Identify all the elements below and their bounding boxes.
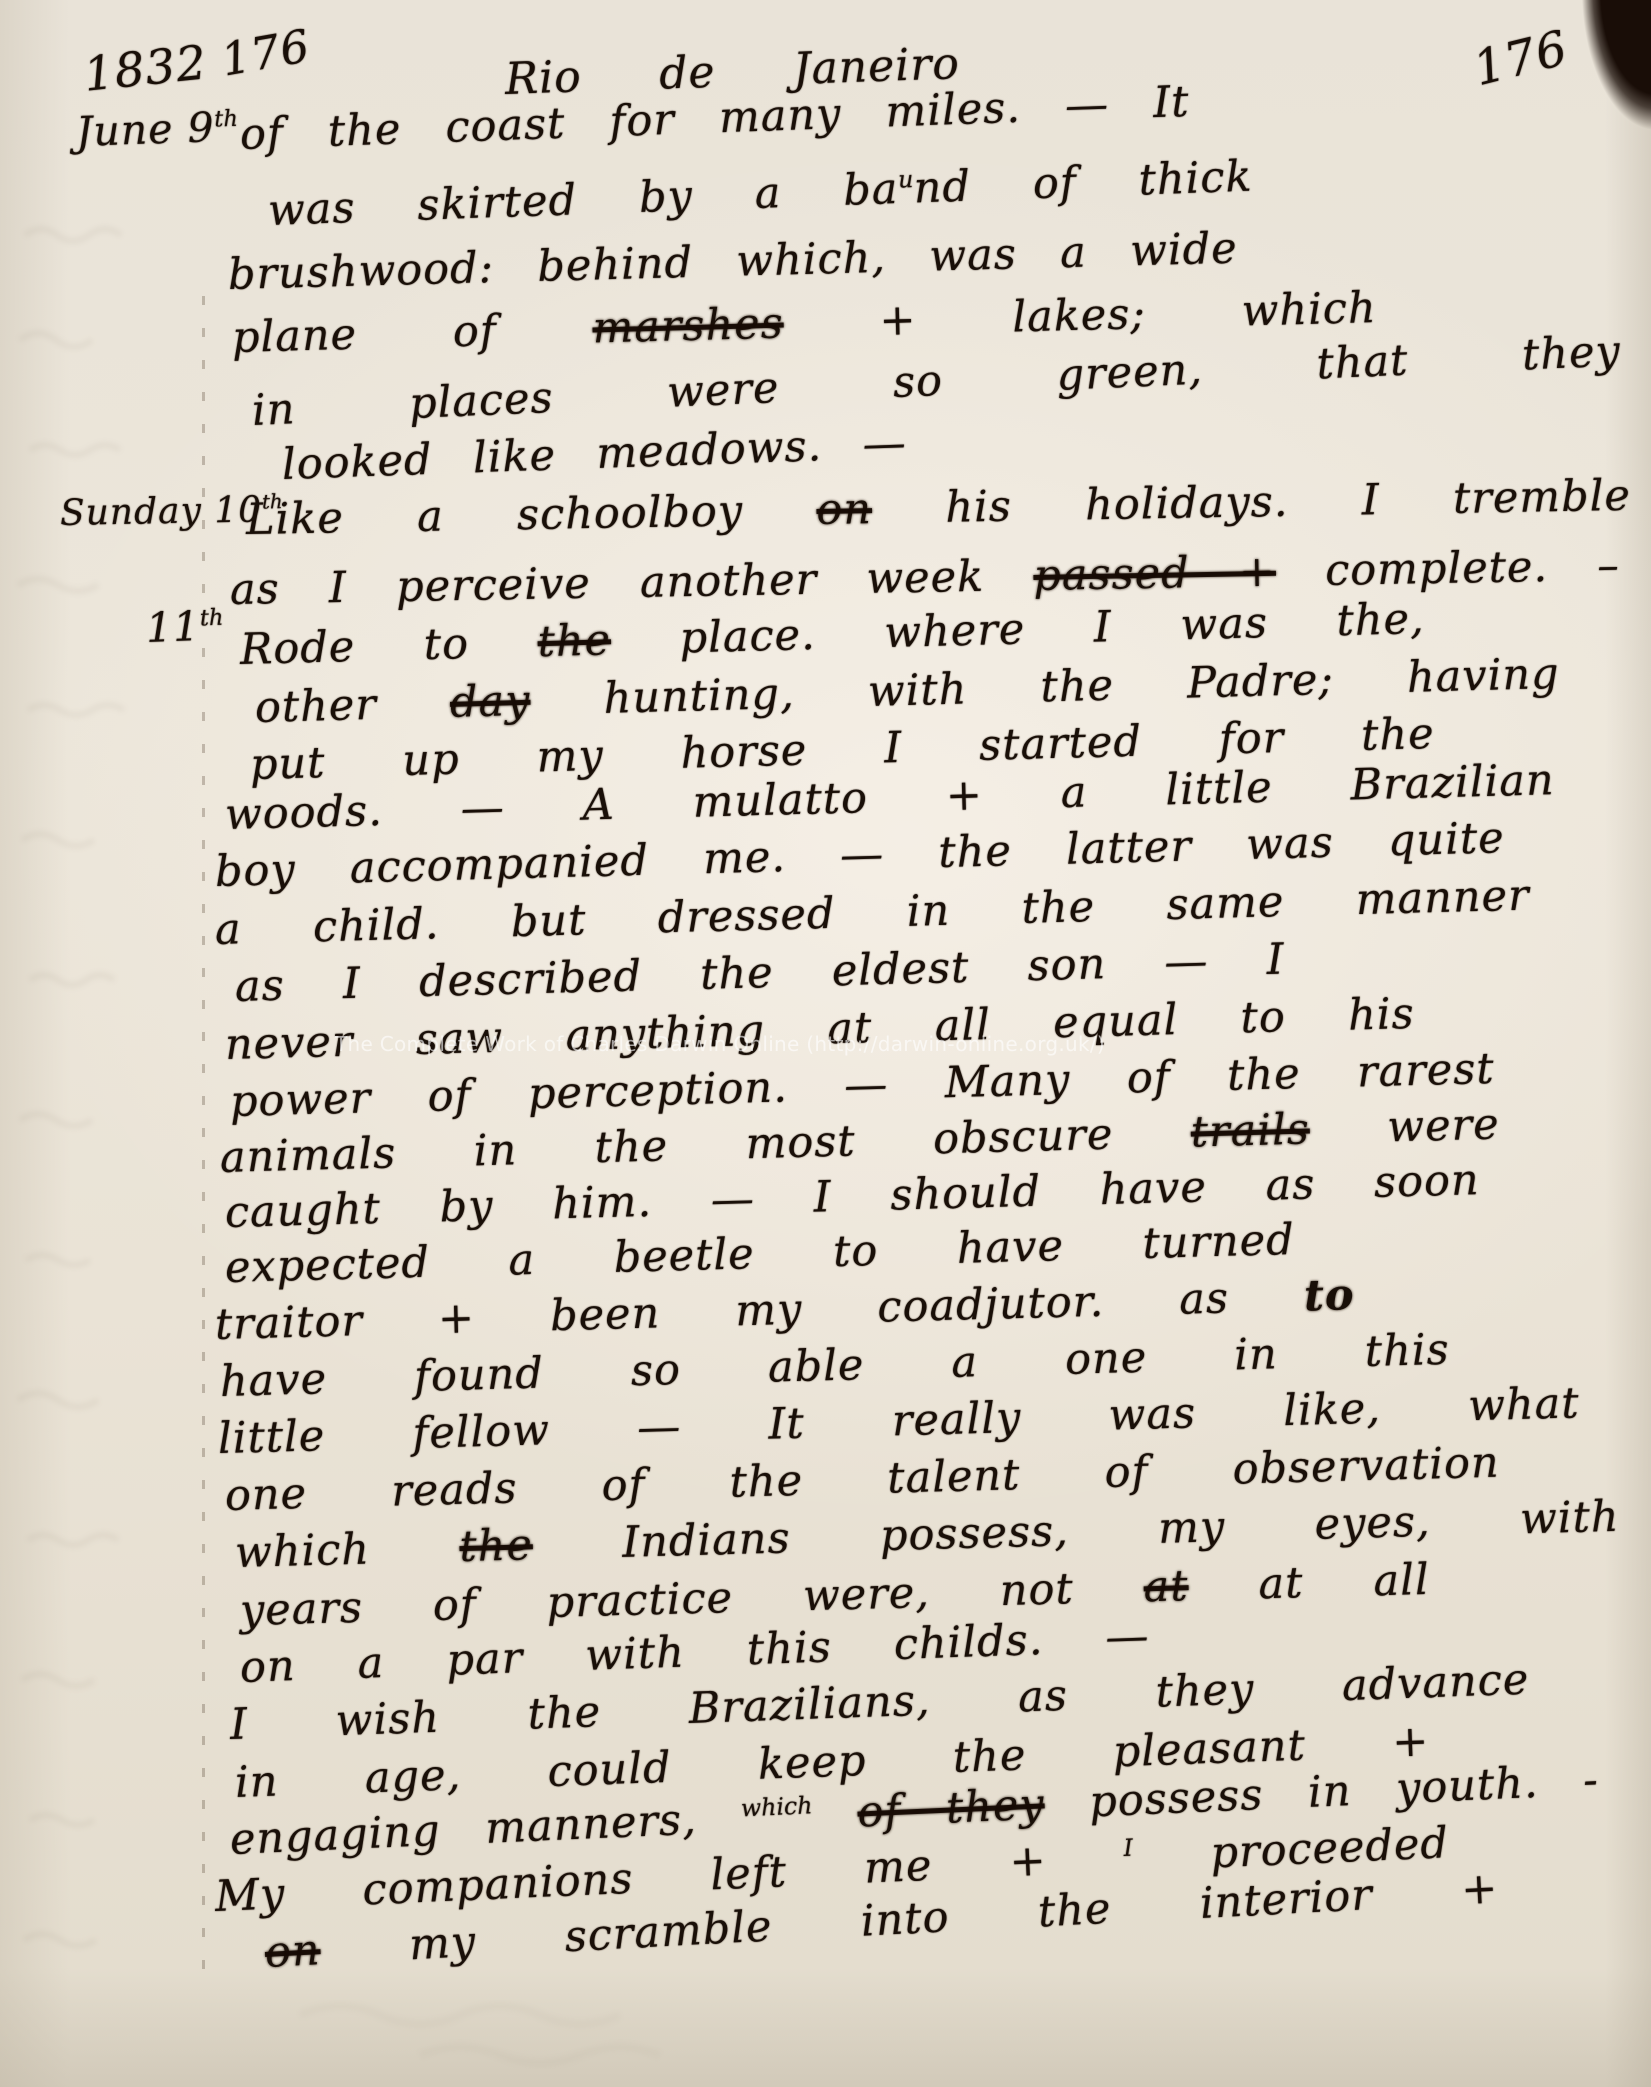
manuscript-line: was skirted by a baund of thick	[267, 154, 1253, 236]
margin-note-year: 1832	[81, 37, 209, 101]
watermark: The Complete Work of Charles Darwin Onli…	[335, 1032, 1105, 1056]
margin-note-date-june-9: June 9th	[75, 104, 239, 155]
margin-note-margin-page-number: 176	[218, 21, 314, 85]
margin-rule	[202, 296, 205, 1988]
manuscript-page: Rio de Janeiro 176 1832176June 9thSunday…	[0, 0, 1651, 2087]
manuscript-line: brushwood: behind which, was a wide	[227, 226, 1238, 300]
margin-note-date-11: 11th	[145, 603, 224, 651]
